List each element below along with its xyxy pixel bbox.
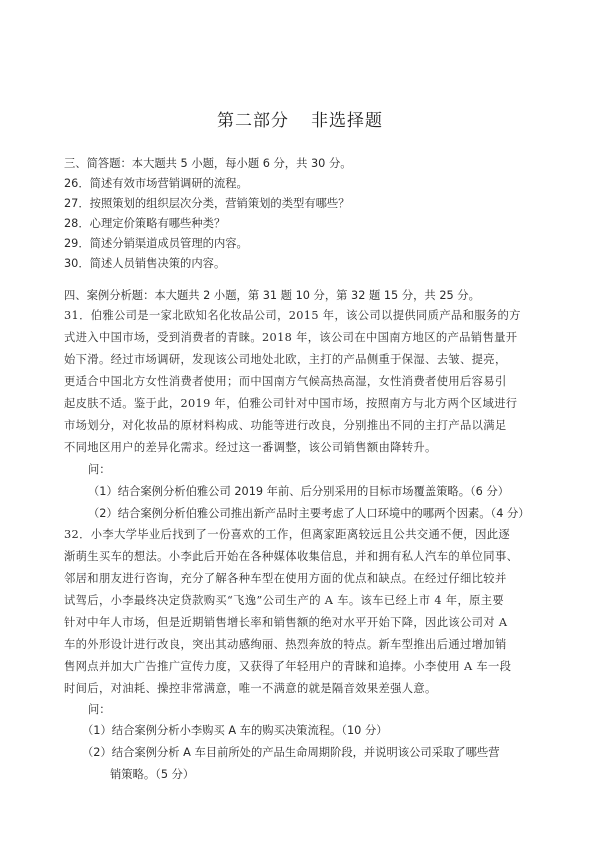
q32-subquestion-1: （1）结合案例分析小李购买 A 车的购买决策流程。（10 分） [82,724,388,738]
part-title: 第二部分非选择题 [0,106,600,131]
q31-line: 不同地区用户的差异化需求。经过这一番调整，该公司销售额由降转升。 [64,441,437,455]
q31-line: 始下滑。经过市场调研，发现该公司地处北欧，主打的产品侧重于保湿、去皱、提亮， [64,353,507,367]
q31-ask-label: 问： [88,463,111,477]
part-number: 第二部分 [217,111,289,131]
q32-line: 邻居和朋友进行咨询，充分了解各种车型在使用方面的优点和缺点。在经过仔细比较并 [64,572,507,586]
question-26: 26．简述有效市场营销调研的流程。 [64,177,248,191]
q32-line: 针对中年人市场，但是近期销售增长率和销售额的绝对水平开始下降，因此该公司对 A [64,616,507,630]
q31-subquestion-2: （2）结合案例分析伯雅公司推出新产品时主要考虑了人口环境中的哪两个因素。（4 分… [88,507,530,521]
q32-subquestion-2-cont: 销策略。（5 分） [110,768,194,782]
q31-line: 市场划分，对化妆品的原材料构成、功能等进行改良，分别推出不同的主打产品以满足 [64,419,507,433]
q32-line: 售网点并加大广告推广宣传力度，又获得了年轻用户的青睐和追捧。小李使用 A 车一段 [64,660,511,674]
q32-subquestion-2: （2）结合案例分析 A 车目前所处的产品生命周期阶段，并说明该公司采取了哪些营 [82,746,500,760]
question-28: 28．心理定价策略有哪些种类？ [64,217,225,231]
q32-line: 试驾后，小李最终决定贷款购买“飞逸”公司生产的 A 车。该车已经上市 4 年，原… [64,594,504,608]
q31-subquestion-1: （1）结合案例分析伯雅公司 2019 年前、后分别采用的目标市场覆盖策略。（6 … [88,485,509,499]
question-30: 30．简述人员销售决策的内容。 [64,257,225,271]
q31-line: 31．伯雅公司是一家北欧知名化妆品公司，2015 年，该公司以提供同质产品和服务… [64,309,521,323]
q32-line: 车的外形设计进行改良，突出其动感绚丽、热烈奔放的特点。新车型推出后通过增加销 [64,638,507,652]
q32-line: 渐萌生买车的想法。小李此后开始在各种媒体收集信息，并和拥有私人汽车的单位同事、 [64,550,518,564]
q31-line: 起皮肤不适。鉴于此，2019 年，伯雅公司针对中国市场，按照南方与北方两个区域进… [64,397,517,411]
q31-line: 式进入中国市场，受到消费者的青睐。2018 年，该公司在中国南方地区的产品销售量… [64,331,517,345]
part-name: 非选择题 [311,111,383,131]
question-27: 27．按照策划的组织层次分类，营销策划的类型有哪些？ [64,197,350,211]
section3-heading: 三、简答题：本大题共 5 小题，每小题 6 分，共 30 分。 [64,157,352,171]
q32-ask-label: 问： [88,703,111,717]
section4-heading: 四、案例分析题：本大题共 2 小题，第 31 题 10 分，第 32 题 15 … [64,289,480,303]
q31-line: 更适合中国北方女性消费者使用；而中国南方气候高热高湿，女性消费者使用后容易引 [64,375,507,389]
q32-line: 时间后，对油耗、操控非常满意，唯一不满意的就是隔音效果差强人意。 [64,682,437,696]
q32-line: 32．小李大学毕业后找到了一份喜欢的工作，但离家距离较远且公共交通不便，因此逐 [64,528,510,542]
question-29: 29．简述分销渠道成员管理的内容。 [64,237,248,251]
exam-page: 第二部分非选择题 三、简答题：本大题共 5 小题，每小题 6 分，共 30 分。… [0,0,600,852]
